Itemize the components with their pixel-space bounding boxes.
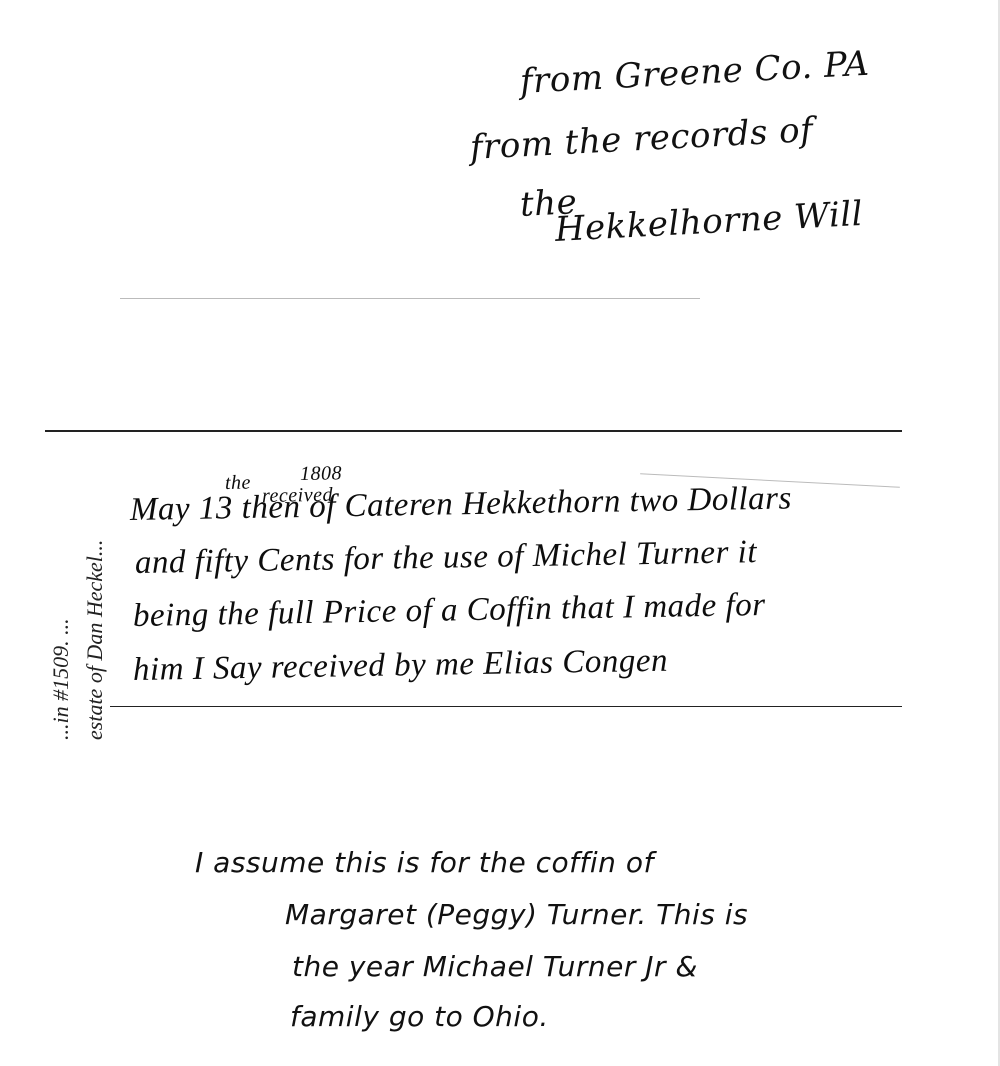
- margin-notation-line-2: estate of Dan Heckel...: [82, 540, 108, 740]
- receipt-line-4: him I Say received by me Elias Congen: [133, 643, 669, 689]
- faint-scan-line: [120, 298, 700, 299]
- receipt-line-2: and fifty Cents for the use of Michel Tu…: [135, 534, 758, 582]
- receipt-line-3: being the full Price of a Coffin that I …: [133, 587, 766, 635]
- header-note-line-2: from the records of: [469, 110, 814, 168]
- header-note-line-3b: Hekkelhorne Will: [554, 194, 864, 250]
- bottom-note-line-2: Margaret (Peggy) Turner. This is: [285, 898, 748, 931]
- margin-notation-line-1: ...in #1509. ...: [48, 618, 74, 740]
- header-note-line-1: from Greene Co. PA: [519, 44, 870, 102]
- receipt-insert-year: 1808: [300, 462, 342, 486]
- bottom-note-line-4: family go to Ohio.: [290, 1000, 549, 1033]
- scanned-document-page: from Greene Co. PA from the records of t…: [0, 0, 1000, 1066]
- receipt-top-border: [45, 430, 902, 432]
- bottom-note-line-1: I assume this is for the coffin of: [195, 846, 654, 879]
- receipt-bottom-border: [110, 706, 902, 707]
- bottom-note-line-3: the year Michael Turner Jr &: [292, 950, 698, 983]
